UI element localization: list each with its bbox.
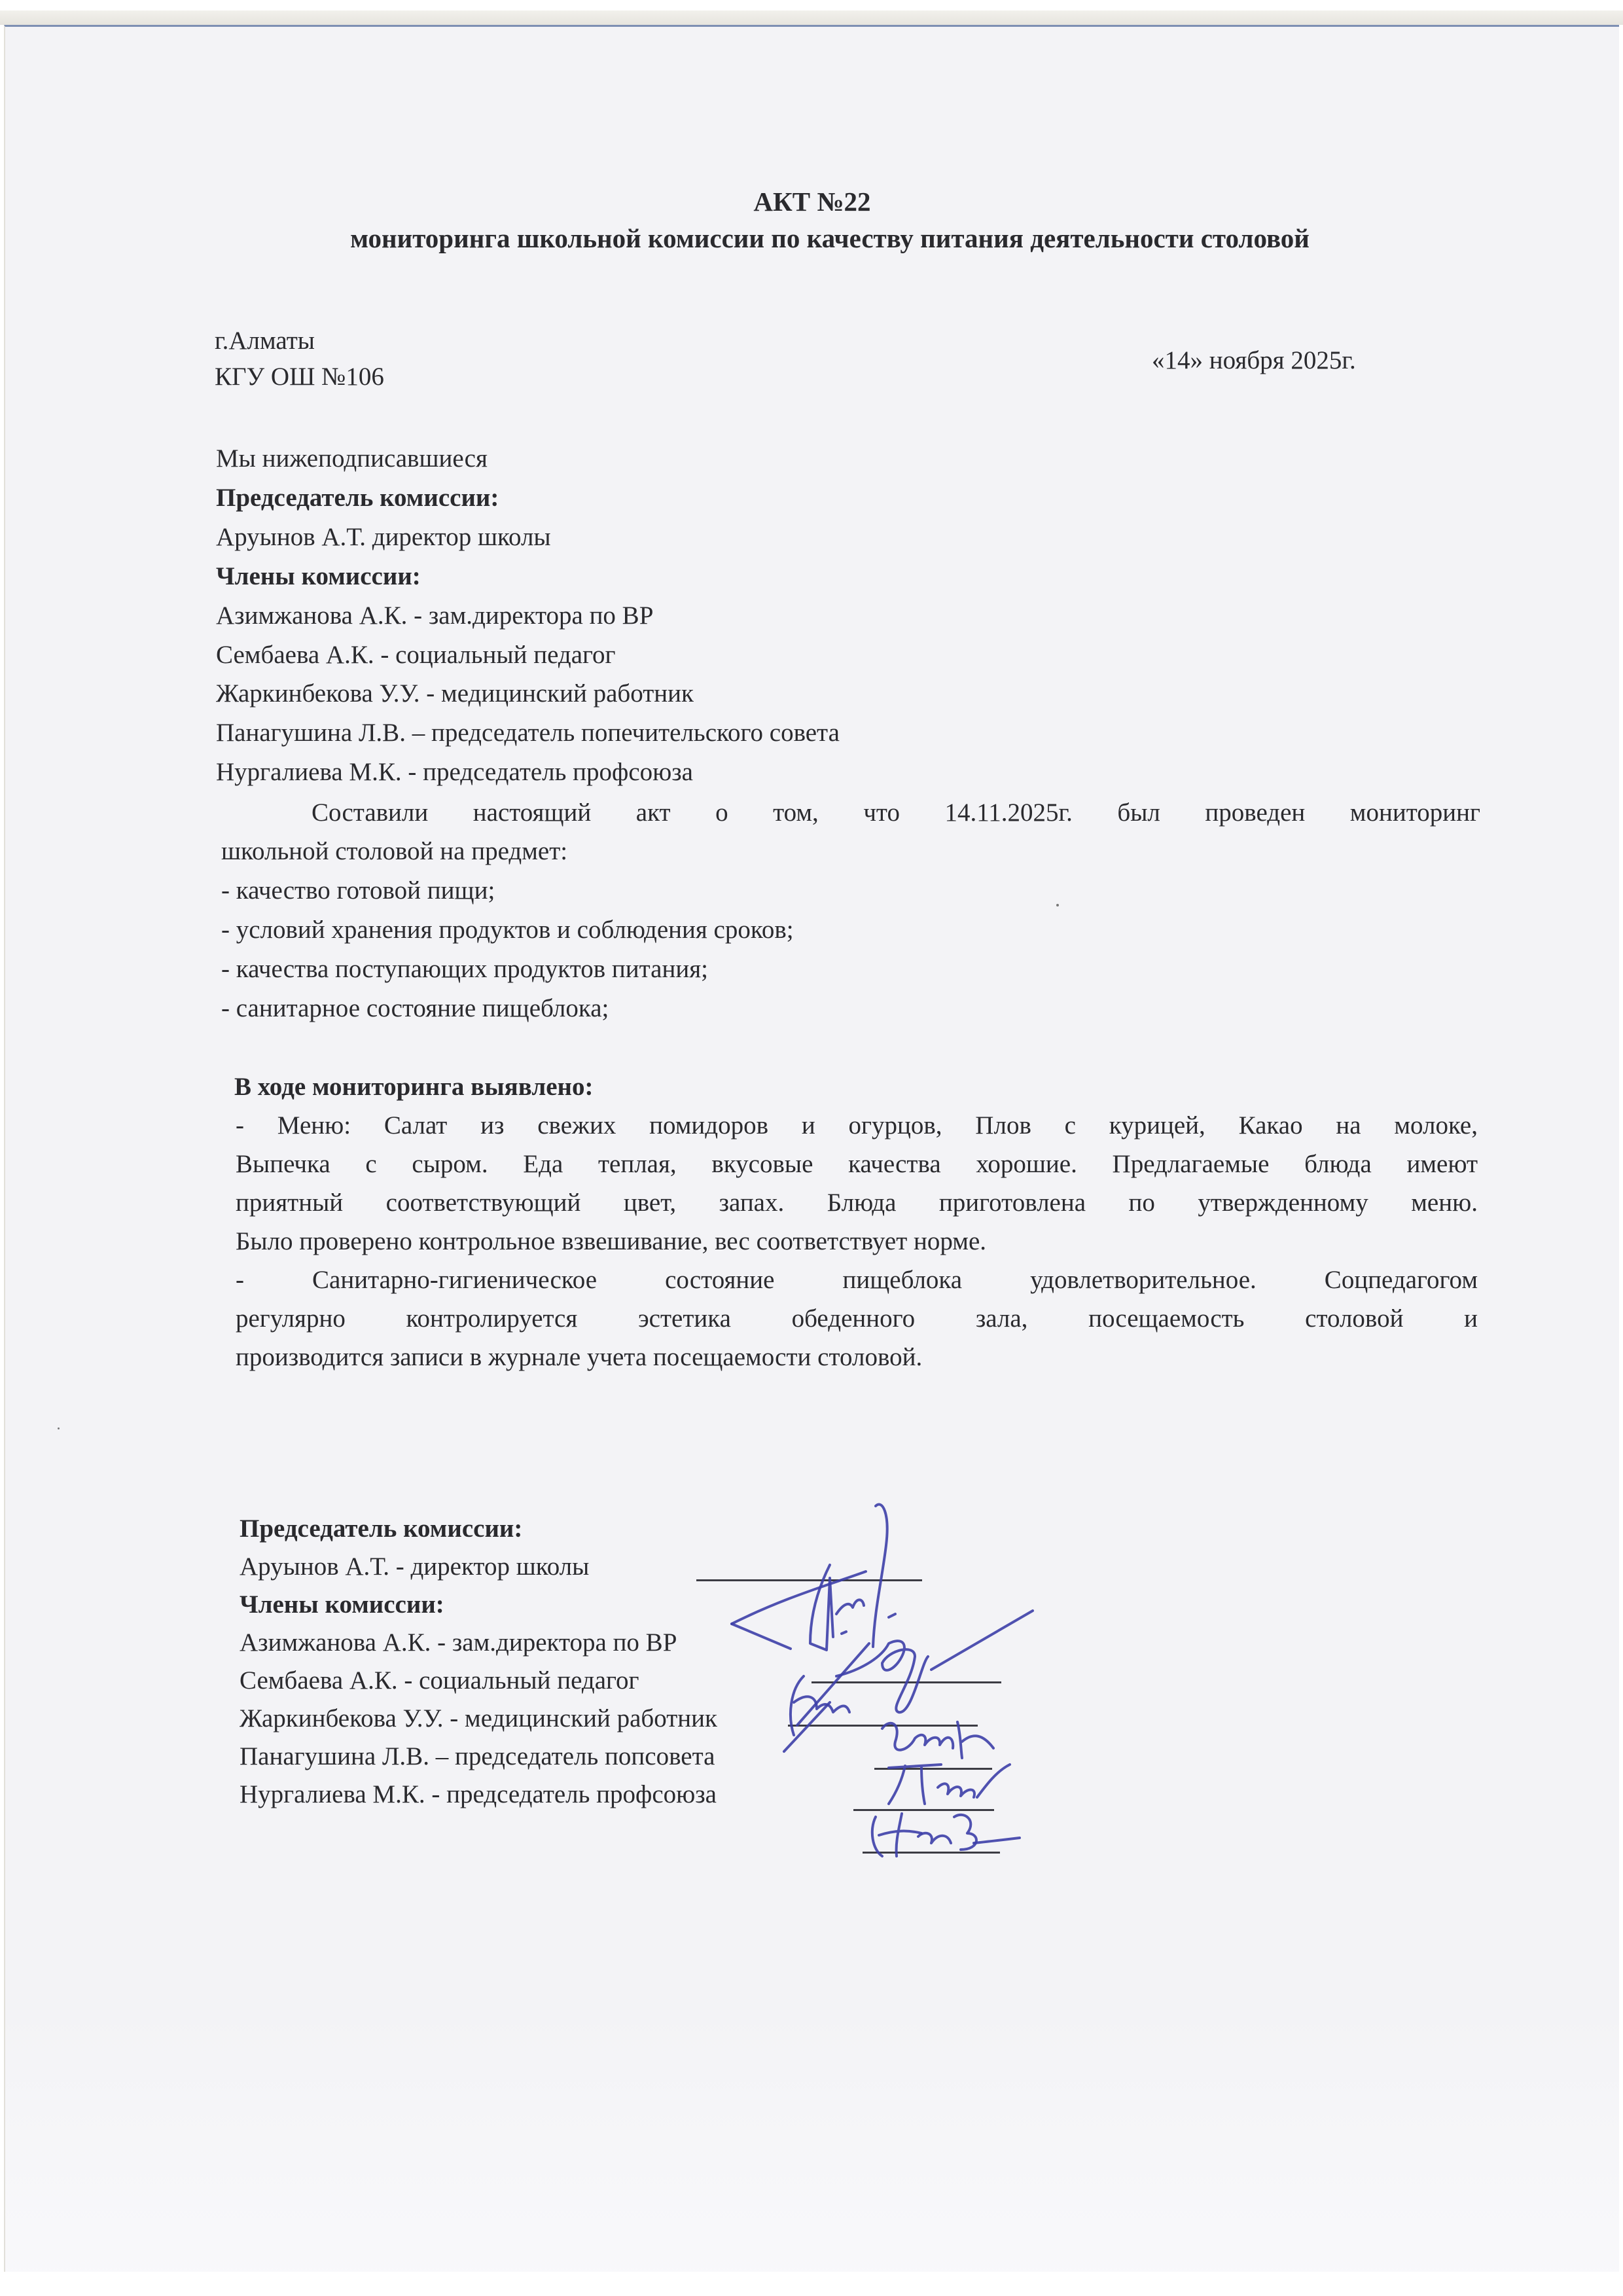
member-item: Сембаева А.К. - социальный педагог bbox=[216, 640, 616, 670]
city: г.Алматы bbox=[215, 326, 315, 356]
signature-line bbox=[696, 1579, 922, 1581]
scan-speck bbox=[58, 1427, 60, 1429]
subject-item: - санитарное состояние пищеблока; bbox=[221, 994, 609, 1024]
signature-member: Панагушина Л.В. – председатель попсовета bbox=[240, 1742, 715, 1772]
signature-member: Азимжанова А.К. - зам.директора по ВР bbox=[240, 1628, 677, 1658]
signature-member-2-icon bbox=[777, 1663, 908, 1755]
subject-item: - качества поступающих продуктов питания… bbox=[221, 954, 708, 984]
intro-text: Мы нижеподписавшиеся bbox=[216, 444, 488, 474]
signature-chair-icon bbox=[719, 1493, 954, 1663]
subject-item: - качество готовой пищи; bbox=[221, 876, 495, 906]
document-page: АКТ №22 мониторинга школьной комиссии по… bbox=[4, 25, 1619, 2272]
members-heading: Члены комиссии: bbox=[216, 562, 421, 592]
document-subtitle: мониторинга школьной комиссии по качеств… bbox=[254, 223, 1406, 253]
document-date: «14» ноября 2025г. bbox=[1152, 346, 1356, 376]
scan-fade bbox=[5, 2010, 1619, 2272]
findings-line: производится записи в журнале учета посе… bbox=[236, 1342, 922, 1372]
signature-member-1-icon bbox=[791, 1598, 1039, 1742]
signature-member: Сембаева А.К. - социальный педагог bbox=[240, 1666, 639, 1696]
signature-members-heading: Члены комиссии: bbox=[240, 1590, 444, 1620]
organization: КГУ ОШ №106 bbox=[215, 362, 384, 392]
member-item: Жаркинбекова У.У. - медицинский работник bbox=[216, 679, 694, 709]
member-item: Панагушина Л.В. – председатель попечител… bbox=[216, 718, 840, 748]
signature-member-3-icon bbox=[876, 1715, 1007, 1768]
findings-line: - Санитарно-гигиеническое состояние пище… bbox=[236, 1265, 1478, 1295]
findings-line: приятный соответствующий цвет, запах. Бл… bbox=[236, 1188, 1478, 1218]
findings-heading: В ходе мониторинга выявлено: bbox=[234, 1072, 593, 1102]
statement-line: Составили настоящий акт о том, что 14.11… bbox=[312, 798, 1480, 828]
findings-line: Было проверено контрольное взвешивание, … bbox=[236, 1227, 986, 1257]
chair-name: Аруынов А.Т. директор школы bbox=[216, 522, 551, 552]
signature-line bbox=[811, 1681, 1001, 1683]
statement-line: школьной столовой на предмет: bbox=[221, 836, 567, 867]
signature-chair-heading: Председатель комиссии: bbox=[240, 1514, 522, 1544]
findings-line: регулярно контролируется эстетика обеден… bbox=[236, 1304, 1478, 1334]
signature-line bbox=[788, 1725, 978, 1727]
subject-item: - условий хранения продуктов и соблюдени… bbox=[221, 915, 794, 945]
scan-edge bbox=[0, 10, 1623, 25]
signature-chair: Аруынов А.Т. - директор школы bbox=[240, 1552, 589, 1582]
member-item: Нургалиева М.К. - председатель профсоюза bbox=[216, 757, 693, 787]
scan-speck bbox=[1056, 904, 1059, 906]
member-item: Азимжанова А.К. - зам.директора по ВР bbox=[216, 601, 653, 631]
document-title: АКТ №22 bbox=[5, 187, 1619, 217]
signature-line bbox=[863, 1852, 1000, 1854]
signature-member-4-icon bbox=[876, 1758, 1020, 1810]
signature-member-5-icon bbox=[856, 1804, 1026, 1863]
chair-heading: Председатель комиссии: bbox=[216, 483, 499, 513]
signature-line bbox=[853, 1809, 994, 1811]
signature-member: Жаркинбекова У.У. - медицинский работник bbox=[240, 1704, 717, 1734]
findings-line: - Меню: Салат из свежих помидоров и огур… bbox=[236, 1111, 1478, 1141]
findings-line: Выпечка с сыром. Еда теплая, вкусовые ка… bbox=[236, 1149, 1478, 1179]
signature-line bbox=[874, 1768, 992, 1770]
signature-member: Нургалиева М.К. - председатель профсоюза bbox=[240, 1780, 717, 1810]
